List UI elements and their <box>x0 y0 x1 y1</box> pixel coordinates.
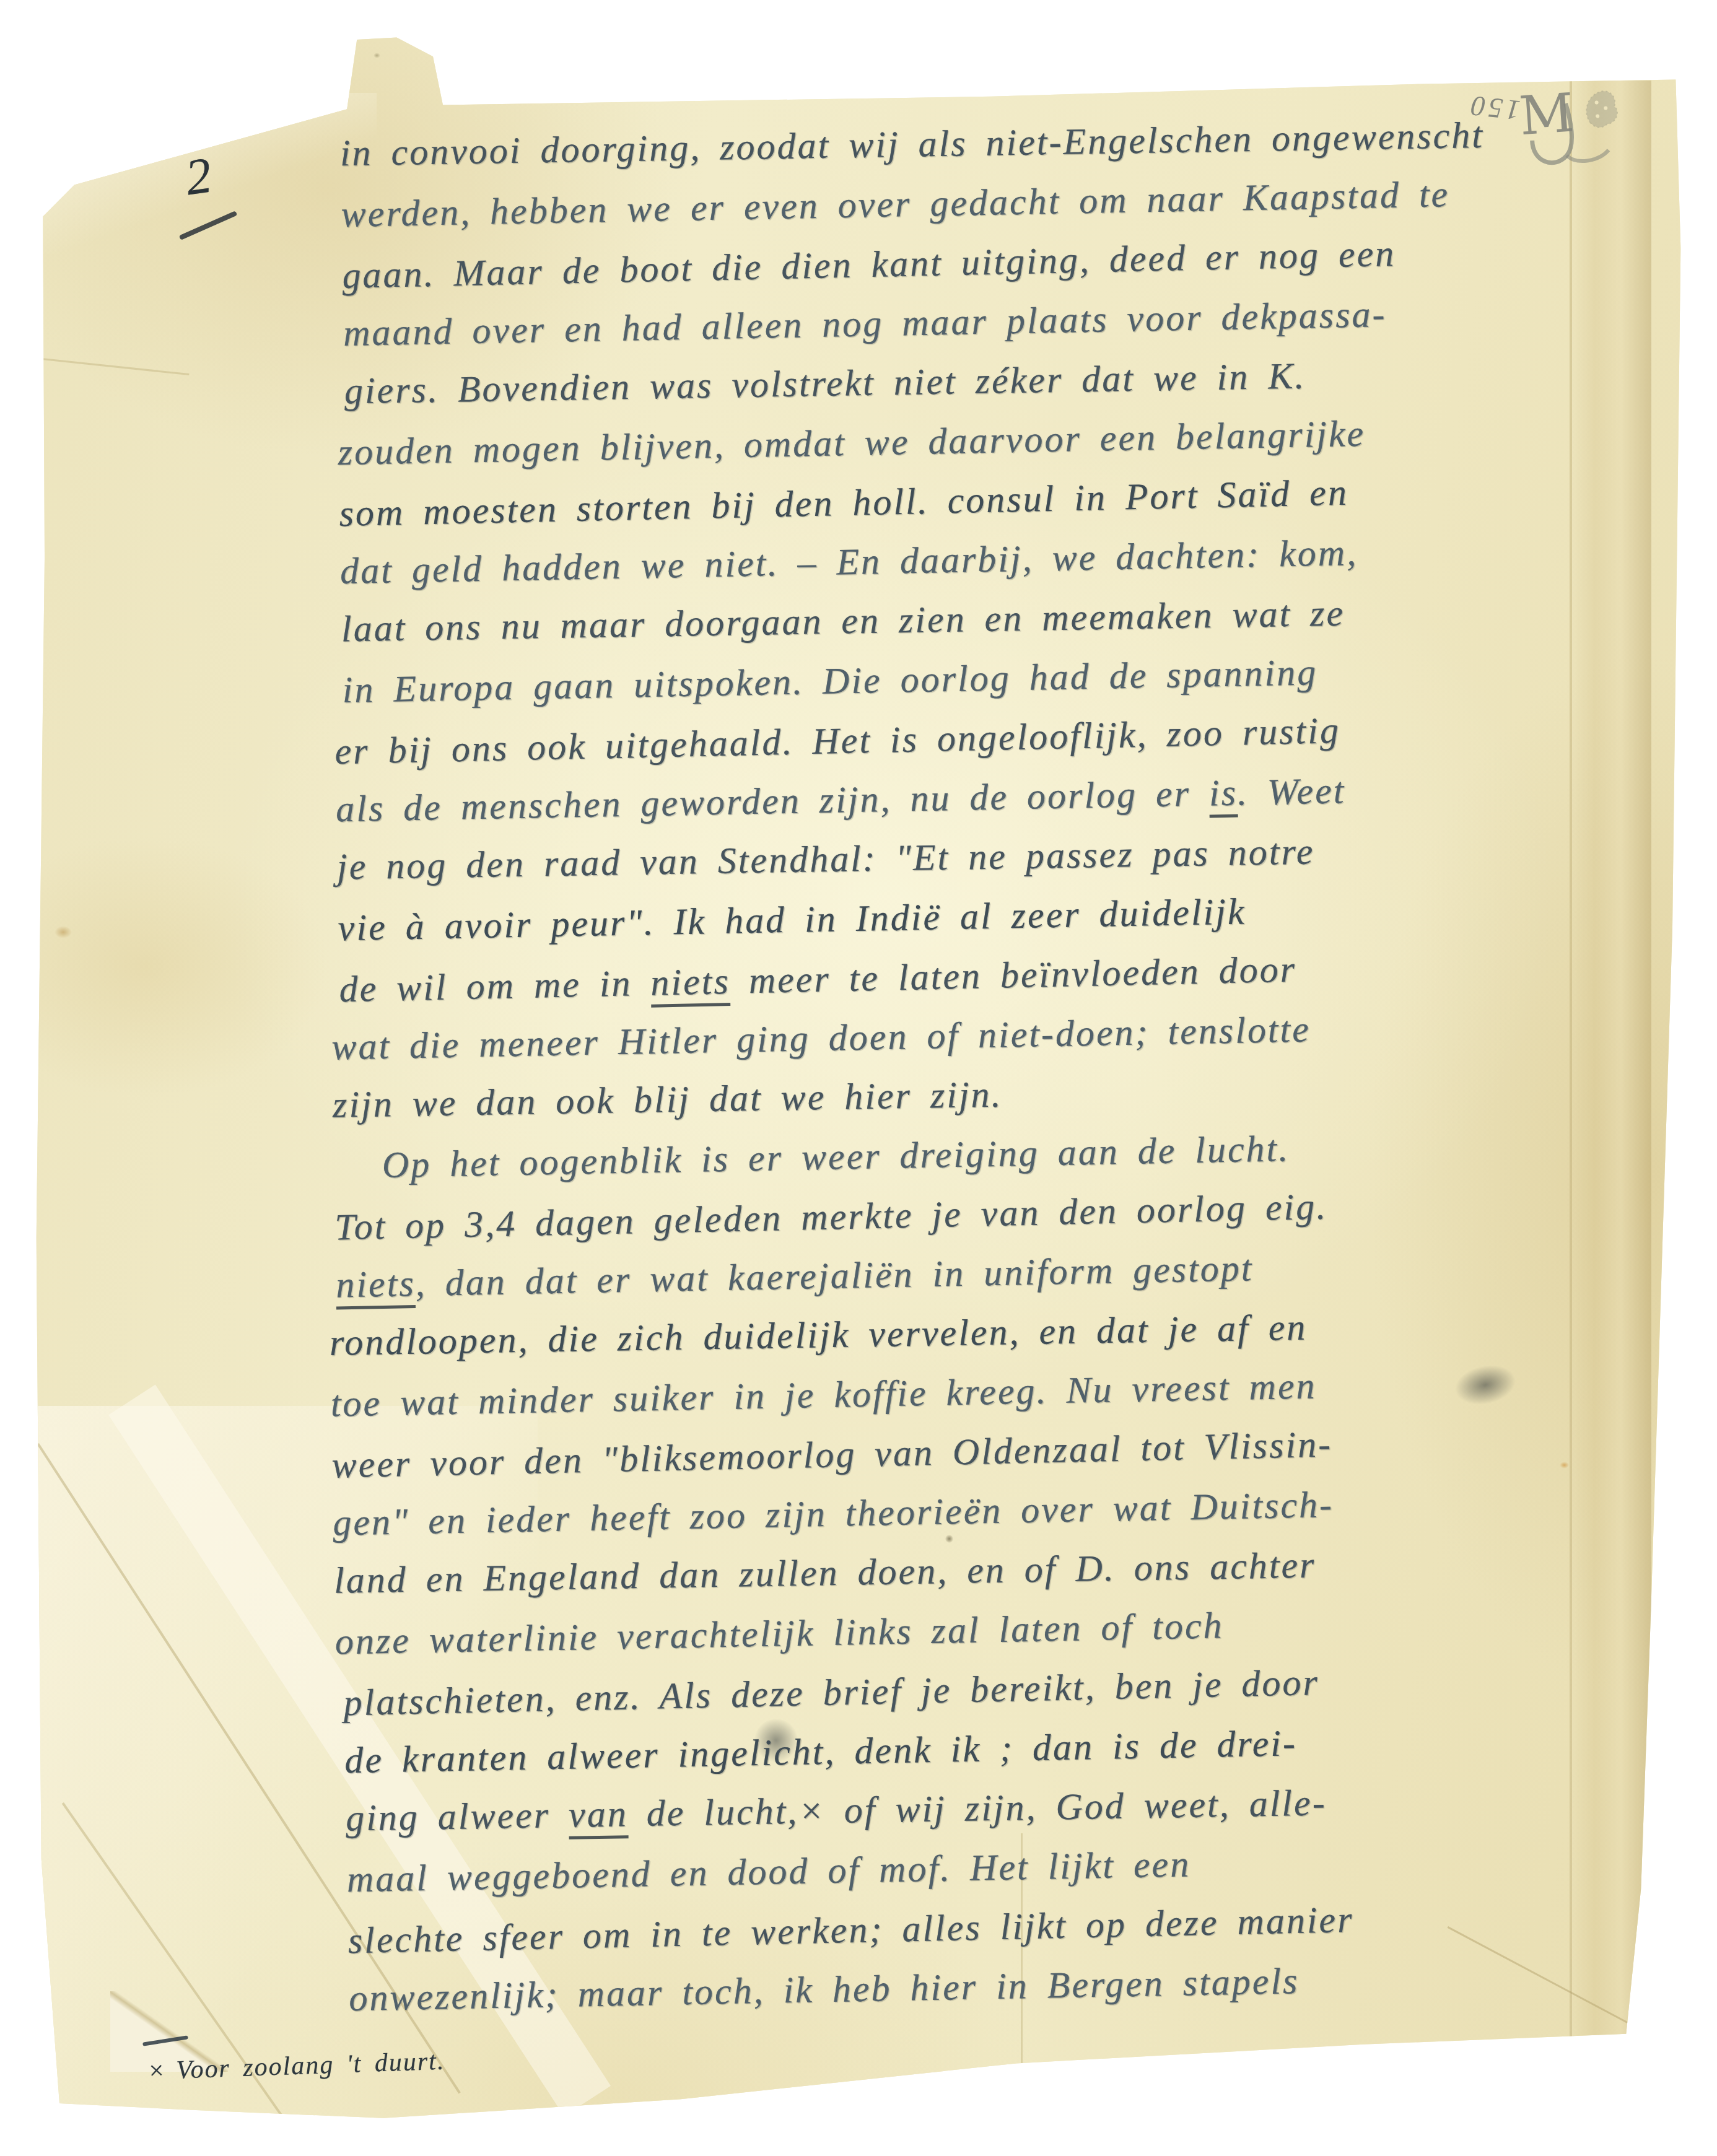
scanner-background: { "page": { "number": "2", "corner_mark"… <box>0 0 1717 2156</box>
footnote-separator <box>142 2035 188 2046</box>
stain-spot <box>374 53 380 58</box>
letter-page: 2 150 M in convooi doorging, zoodat wij … <box>30 19 1682 2124</box>
letter-body: in convooi doorging, zoodat wij als niet… <box>339 100 1712 2027</box>
page-number-underline <box>179 211 238 240</box>
footnote: ×Voor zoolang 't duurt. <box>147 2046 445 2087</box>
underlined-word: van <box>569 1793 629 1840</box>
crease-line-top-left <box>48 89 351 160</box>
underlined-word: is <box>1208 772 1238 818</box>
page-number: 2 <box>182 146 216 207</box>
underlined-word: niets <box>336 1263 416 1309</box>
underlined-word: niets <box>650 961 731 1008</box>
footnote-text: Voor zoolang 't duurt. <box>176 2047 445 2085</box>
crease-line-left <box>35 357 190 375</box>
footnote-mark: × <box>147 2056 167 2085</box>
stain-spot <box>55 926 72 938</box>
